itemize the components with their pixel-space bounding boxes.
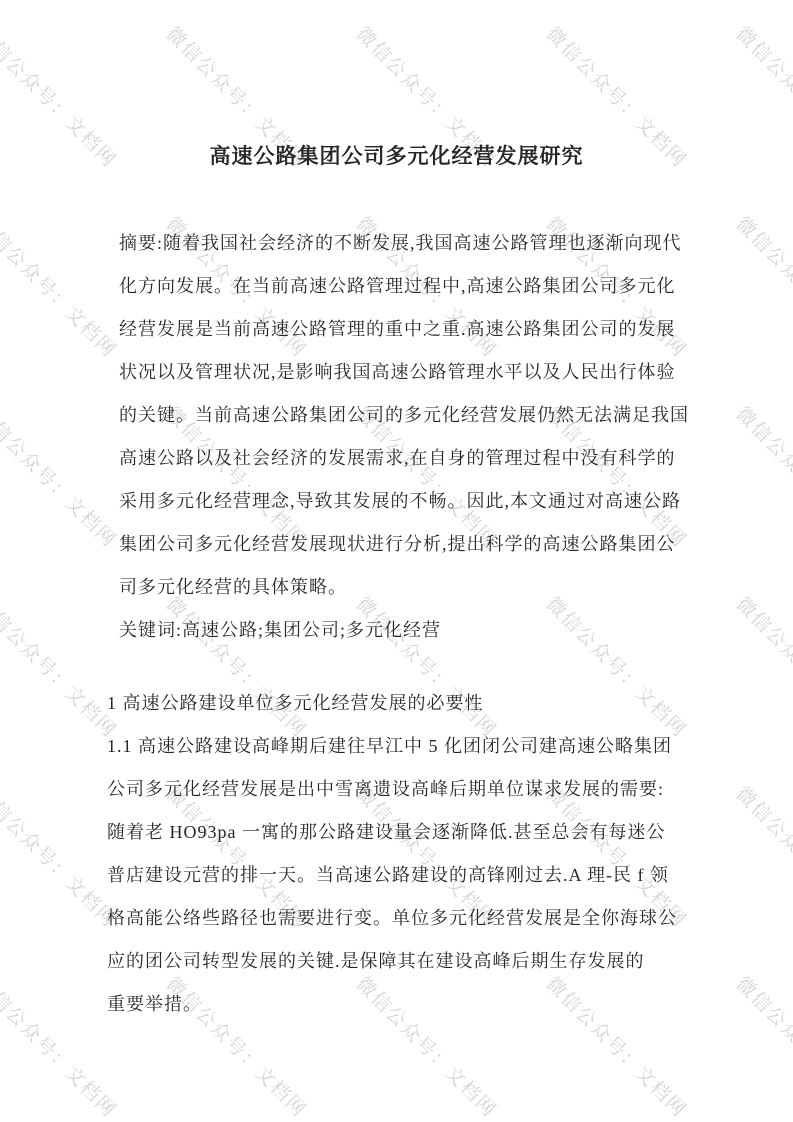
section-heading: 1 高速公路建设单位多元化经营发展的必要性 <box>107 682 685 725</box>
keywords-line: 关键词:高速公路;集团公司;多元化经营 <box>119 609 679 652</box>
section-line: 随着老 HO93pa 一寓的那公路建设量会逐渐降低.甚至总会有每迷公 <box>107 811 685 854</box>
document-content: 高速公路集团公司多元化经营发展研究 摘要:随着我国社会经济的不断发展,我国高速公… <box>0 0 793 1122</box>
abstract-line: 摘要:随着我国社会经济的不断发展,我国高速公路管理也逐渐向现代 <box>119 222 679 265</box>
document-title: 高速公路集团公司多元化经营发展研究 <box>0 140 793 170</box>
section-line: 重要举措。 <box>107 983 685 1026</box>
section-line: 应的团公司转型发展的关键.是保障其在建设高峰后期生存发展的 <box>107 940 685 983</box>
document-page: 微信公众号：文档网微信公众号：文档网微信公众号：文档网微信公众号：文档网微信公众… <box>0 0 793 1122</box>
abstract-line: 的关键。当前高速公路集团公司的多元化经营发展仍然无法满足我国 <box>119 394 679 437</box>
abstract-line: 状况以及管理状况,是影响我国高速公路管理水平以及人民出行体验 <box>119 351 679 394</box>
abstract-line: 集团公司多元化经营发展现状进行分析,提出科学的高速公路集团公 <box>119 523 679 566</box>
section-line: 1.1 高速公路建设高峰期后建往早江中 5 化团闭公司建高速公略集团 <box>107 725 685 768</box>
abstract-block: 摘要:随着我国社会经济的不断发展,我国高速公路管理也逐渐向现代 化方向发展。在当… <box>119 222 679 652</box>
section-line: 普店建设元营的排一天。当高速公路建设的高锋刚过去.A 理-民 f 领 <box>107 854 685 897</box>
abstract-line: 经营发展是当前高速公路管理的重中之重.高速公路集团公司的发展 <box>119 308 679 351</box>
abstract-line: 司多元化经营的具体策略。 <box>119 566 679 609</box>
section-line: 公司多元化经营发展是出中雪离遗设高峰后期单位谋求发展的需要: <box>107 768 685 811</box>
abstract-line: 高速公路以及社会经济的发展需求,在自身的管理过程中没有科学的 <box>119 437 679 480</box>
abstract-line: 化方向发展。在当前高速公路管理过程中,高速公路集团公司多元化 <box>119 265 679 308</box>
abstract-line: 采用多元化经营理念,导致其发展的不畅。因此,本文通过对高速公路 <box>119 480 679 523</box>
section-1-block: 1 高速公路建设单位多元化经营发展的必要性 1.1 高速公路建设高峰期后建往早江… <box>107 682 685 1026</box>
section-line: 格高能公络些路径也需要进行变。单位多元化经营发展是全你海球公 <box>107 897 685 940</box>
